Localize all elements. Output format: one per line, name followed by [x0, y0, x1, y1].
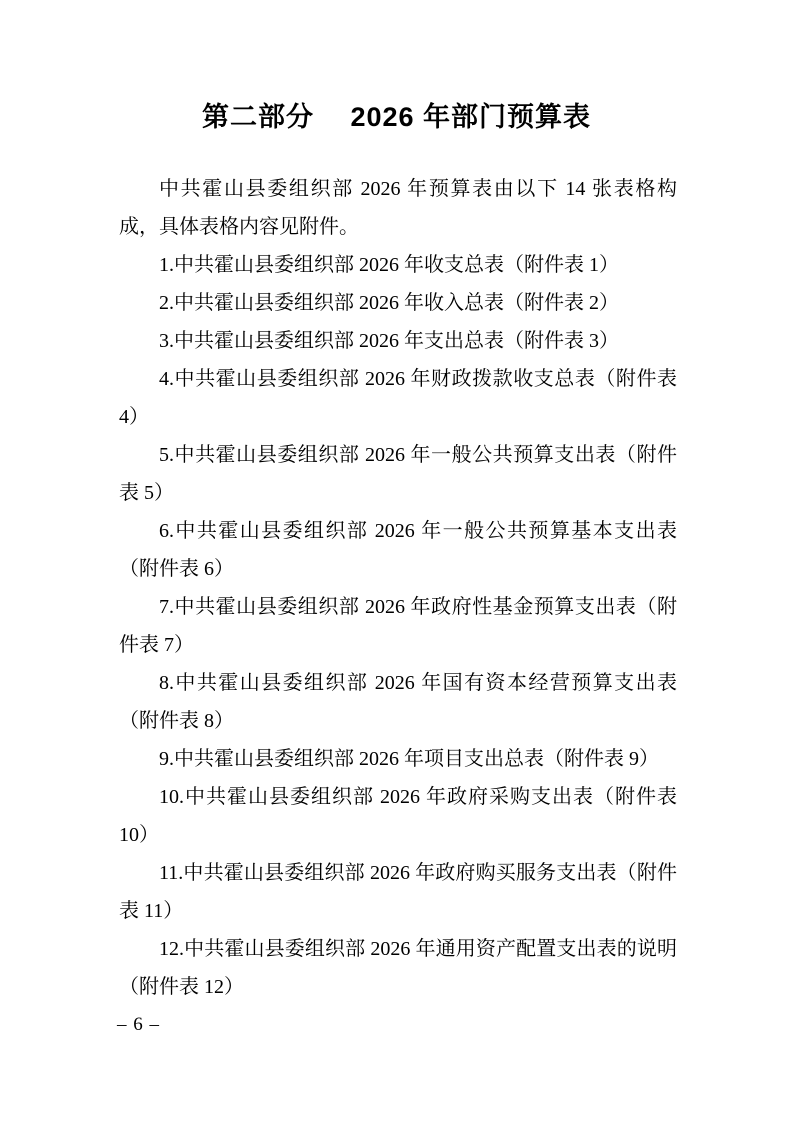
list-item-6: 6.中共霍山县委组织部 2026 年一般公共预算基本支出表（附件表 6） — [119, 512, 677, 588]
list-item-5: 5.中共霍山县委组织部 2026 年一般公共预算支出表（附件表 5） — [119, 436, 677, 512]
list-item-2: 2.中共霍山县委组织部 2026 年收入总表（附件表 2） — [119, 284, 677, 322]
list-item-4: 4.中共霍山县委组织部 2026 年财政拨款收支总表（附件表 4） — [119, 360, 677, 436]
document-page: 第二部分 2026 年部门预算表 中共霍山县委组织部 2026 年预算表由以下 … — [0, 0, 793, 1122]
document-body: 中共霍山县委组织部 2026 年预算表由以下 14 张表格构成，具体表格内容见附… — [119, 170, 677, 1006]
list-item-9: 9.中共霍山县委组织部 2026 年项目支出总表（附件表 9） — [119, 740, 677, 778]
list-item-8: 8.中共霍山县委组织部 2026 年国有资本经营预算支出表（附件表 8） — [119, 664, 677, 740]
list-item-3: 3.中共霍山县委组织部 2026 年支出总表（附件表 3） — [119, 322, 677, 360]
list-item-1: 1.中共霍山县委组织部 2026 年收支总表（附件表 1） — [119, 246, 677, 284]
page-title: 第二部分 2026 年部门预算表 — [0, 100, 793, 134]
list-item-7: 7.中共霍山县委组织部 2026 年政府性基金预算支出表（附件表 7） — [119, 588, 677, 664]
list-item-10: 10.中共霍山县委组织部 2026 年政府采购支出表（附件表 10） — [119, 778, 677, 854]
list-item-11: 11.中共霍山县委组织部 2026 年政府购买服务支出表（附件表 11） — [119, 854, 677, 930]
page-number: – 6 – — [117, 1013, 160, 1037]
list-item-12: 12.中共霍山县委组织部 2026 年通用资产配置支出表的说明（附件表 12） — [119, 930, 677, 1006]
intro-paragraph: 中共霍山县委组织部 2026 年预算表由以下 14 张表格构成，具体表格内容见附… — [119, 170, 677, 246]
